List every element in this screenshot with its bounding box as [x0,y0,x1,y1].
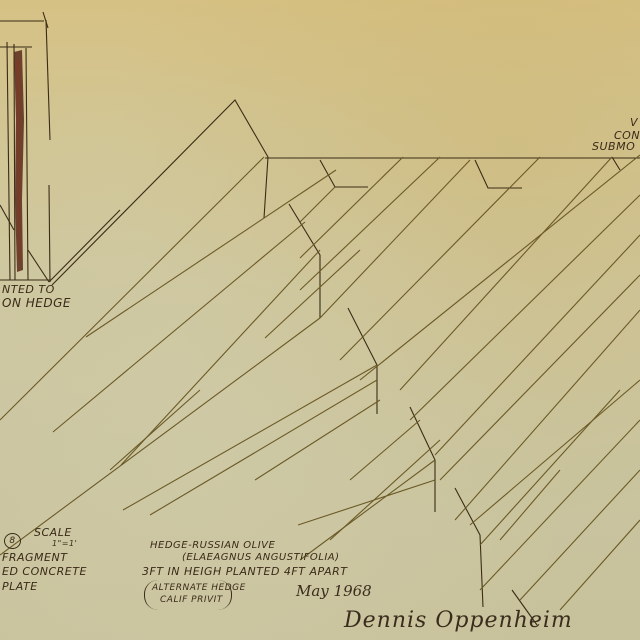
label-scale: SCALE [34,527,72,538]
pencil-shaded-column [14,50,24,272]
label-planted-to: NTED TO [2,284,55,295]
label-concrete: ED CONCRETE [2,566,87,577]
artist-signature: Dennis Oppenheim [344,608,573,633]
label-latin-name: (ELAEAGNUS ANGUSTIFOLIA) [182,553,340,563]
label-plate: PLATE [2,581,38,592]
alternate-hedge-brackets [144,580,232,610]
hedge-diagram-drawing [0,0,640,640]
label-hedge: ON HEDGE [2,297,71,309]
label-top-right-1: V [630,117,638,128]
diagonal-hedge-rows [0,155,640,610]
label-top-right-3: SUBMO [592,141,635,152]
date-annotation: May 1968 [296,582,372,600]
label-fragment: FRAGMENT [2,552,67,563]
scale-number-circle: 8 [4,533,21,549]
label-scale-ratio: 1"=1' [52,540,77,548]
label-planting-spec: 3FT IN HEIGH PLANTED 4FT APART [142,566,347,577]
label-hedge-species: HEDGE-RUSSIAN OLIVE [150,541,275,551]
drawing-sheet: NTED TO ON HEDGE V CON SUBMO 8 SCALE 1"=… [0,0,640,640]
